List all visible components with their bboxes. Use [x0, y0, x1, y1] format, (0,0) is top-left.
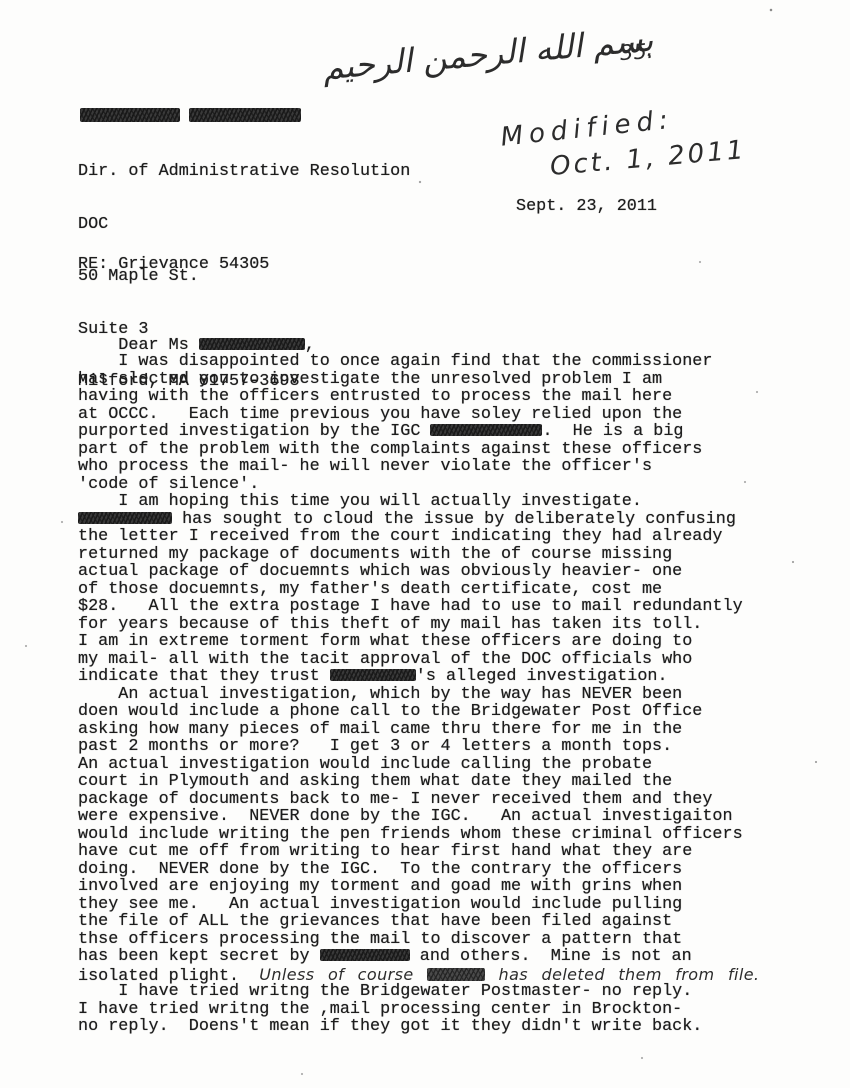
redacted-name-scribble — [80, 108, 180, 122]
letter-line: part of the problem with the complaints … — [78, 441, 850, 459]
typed-text: involved are enjoying my torment and goa… — [78, 877, 682, 896]
letter-line: the letter I received from the court ind… — [78, 528, 850, 546]
typed-text: An actual investigation would include ca… — [78, 755, 652, 774]
handwritten-note: has deleted them from file. — [485, 965, 759, 984]
recipient-title: Dir. of Administrative Resolution — [78, 163, 410, 181]
letter-line: 'code of silence'. — [78, 476, 850, 494]
letter-line: who process the mail- he will never viol… — [78, 458, 850, 476]
typed-text: for years because of this theft of my ma… — [78, 615, 702, 634]
typed-text: indicate that they trust — [78, 667, 330, 686]
letter-line: An actual investigation, which by the wa… — [78, 686, 850, 704]
typed-text: having with the officers entrusted to pr… — [78, 387, 672, 406]
typed-text: at OCCC. Each time previous you have sol… — [78, 405, 682, 424]
typed-text: would include writing the pen friends wh… — [78, 825, 743, 844]
typed-text: has slected you to investigate the unres… — [78, 370, 662, 389]
letter-line: I was disappointed to once again find th… — [78, 353, 850, 371]
typed-text: actual package of docuemnts which was ob… — [78, 562, 682, 581]
typed-text: who process the mail- he will never viol… — [78, 457, 652, 476]
typed-text: returned my package of documents with th… — [78, 545, 672, 564]
letter-line: involved are enjoying my torment and goa… — [78, 878, 850, 896]
handwritten-page-number: 35. — [619, 39, 654, 65]
typed-text: $28. All the extra postage I have had to… — [78, 597, 743, 616]
handwritten-note: Unless of course — [259, 965, 427, 984]
typed-text: 'code of silence'. — [78, 475, 259, 494]
letter-date: Sept. 23, 2011 — [516, 198, 657, 216]
recipient-name-redacted — [80, 108, 310, 126]
letter-line: has been kept secret by and others. Mine… — [78, 948, 850, 966]
typed-text: they see me. An actual investigation wou… — [78, 895, 682, 914]
typed-text: I am in extreme torment form what these … — [78, 632, 692, 651]
letter-line: no reply. Doens't mean if they got it th… — [78, 1018, 850, 1036]
letter-line: doen would include a phone call to the B… — [78, 703, 850, 721]
letter-line: of those docuemnts, my father's death ce… — [78, 581, 850, 599]
letter-line: I have tried writng the ,mail processing… — [78, 1001, 850, 1019]
redacted-name-scribble — [430, 424, 542, 436]
letter-line: I have tried writng the Bridgewater Post… — [78, 983, 850, 1001]
typed-text: part of the problem with the complaints … — [78, 440, 702, 459]
letter-line: indicate that they trust 's alleged inve… — [78, 668, 850, 686]
redacted-name-scribble — [427, 968, 485, 981]
typed-text: of those docuemnts, my father's death ce… — [78, 580, 662, 599]
typed-text: asking how many pieces of mail came thru… — [78, 720, 682, 739]
letter-line: purported investigation by the IGC . He … — [78, 423, 850, 441]
typed-text: doen would include a phone call to the B… — [78, 702, 702, 721]
subject-line: RE: Grievance 54305 — [78, 256, 269, 274]
letter-body: I was disappointed to once again find th… — [78, 353, 850, 1036]
typed-text: were expensive. NEVER done by the IGC. A… — [78, 807, 733, 826]
letter-line: they see me. An actual investigation wou… — [78, 896, 850, 914]
letter-line: my mail- all with the tacit approval of … — [78, 651, 850, 669]
letter-line: isolated plight. Unless of course has de… — [78, 966, 850, 984]
redacted-name-scribble — [330, 669, 416, 681]
bismillah-handwriting: بسم الله الرحمن الرحيم — [321, 20, 655, 88]
typed-text: have cut me off from writing to hear fir… — [78, 842, 692, 861]
letter-line: the file of ALL the grievances that have… — [78, 913, 850, 931]
typed-text: purported investigation by the IGC — [78, 422, 430, 441]
letter-line: at OCCC. Each time previous you have sol… — [78, 406, 850, 424]
typed-text: . He is a big — [542, 422, 683, 441]
typed-text: I have tried writng the Bridgewater Post… — [78, 982, 692, 1001]
typed-text: and others. Mine is not an — [410, 947, 692, 966]
letter-line: actual package of docuemnts which was ob… — [78, 563, 850, 581]
letter-line: doing. NEVER done by the IGC. To the con… — [78, 861, 850, 879]
typed-text: past 2 months or more? I get 3 or 4 lett… — [78, 737, 672, 756]
letter-line: package of documents back to me- I never… — [78, 791, 850, 809]
letter-line: An actual investigation would include ca… — [78, 756, 850, 774]
letter-line: has sought to cloud the issue by deliber… — [78, 511, 850, 529]
letter-line: I am in extreme torment form what these … — [78, 633, 850, 651]
redacted-name-scribble — [189, 108, 301, 122]
letter-line: having with the officers entrusted to pr… — [78, 388, 850, 406]
letter-line: were expensive. NEVER done by the IGC. A… — [78, 808, 850, 826]
letter-line: have cut me off from writing to hear fir… — [78, 843, 850, 861]
redacted-name-scribble — [199, 338, 305, 350]
typed-text: I have tried writng the ,mail processing… — [78, 1000, 682, 1019]
typed-text: my mail- all with the tacit approval of … — [78, 650, 692, 669]
redacted-name-scribble — [78, 512, 172, 524]
letter-page: بسم الله الرحمن الرحيم 35. Dir. of Admin… — [0, 0, 850, 1088]
typed-text: the file of ALL the grievances that have… — [78, 912, 672, 931]
recipient-org: DOC — [78, 216, 410, 234]
letter-line: thse officers processing the mail to dis… — [78, 931, 850, 949]
letter-line: would include writing the pen friends wh… — [78, 826, 850, 844]
typed-text: has sought to cloud the issue by deliber… — [172, 510, 736, 529]
letter-line: has slected you to investigate the unres… — [78, 371, 850, 389]
typed-text: 's alleged investigation. — [416, 667, 668, 686]
typed-text: the letter I received from the court ind… — [78, 527, 723, 546]
typed-text: thse officers processing the mail to dis… — [78, 930, 682, 949]
typed-text: court in Plymouth and asking them what d… — [78, 772, 672, 791]
letter-line: past 2 months or more? I get 3 or 4 lett… — [78, 738, 850, 756]
typed-text: I was disappointed to once again find th… — [78, 352, 712, 371]
typed-text: I am hoping this time you will actually … — [78, 492, 642, 511]
letter-line: court in Plymouth and asking them what d… — [78, 773, 850, 791]
letter-line: for years because of this theft of my ma… — [78, 616, 850, 634]
typed-text: no reply. Doens't mean if they got it th… — [78, 1017, 702, 1036]
letter-line: $28. All the extra postage I have had to… — [78, 598, 850, 616]
typed-text: doing. NEVER done by the IGC. To the con… — [78, 860, 682, 879]
letter-line: asking how many pieces of mail came thru… — [78, 721, 850, 739]
letter-line: I am hoping this time you will actually … — [78, 493, 850, 511]
modified-annotation: Modified: Oct. 1, 2011 — [499, 97, 747, 188]
typed-text: has been kept secret by — [78, 947, 320, 966]
redacted-name-scribble — [320, 949, 410, 961]
typed-text: package of documents back to me- I never… — [78, 790, 712, 809]
typed-text: An actual investigation, which by the wa… — [78, 685, 682, 704]
letter-line: returned my package of documents with th… — [78, 546, 850, 564]
